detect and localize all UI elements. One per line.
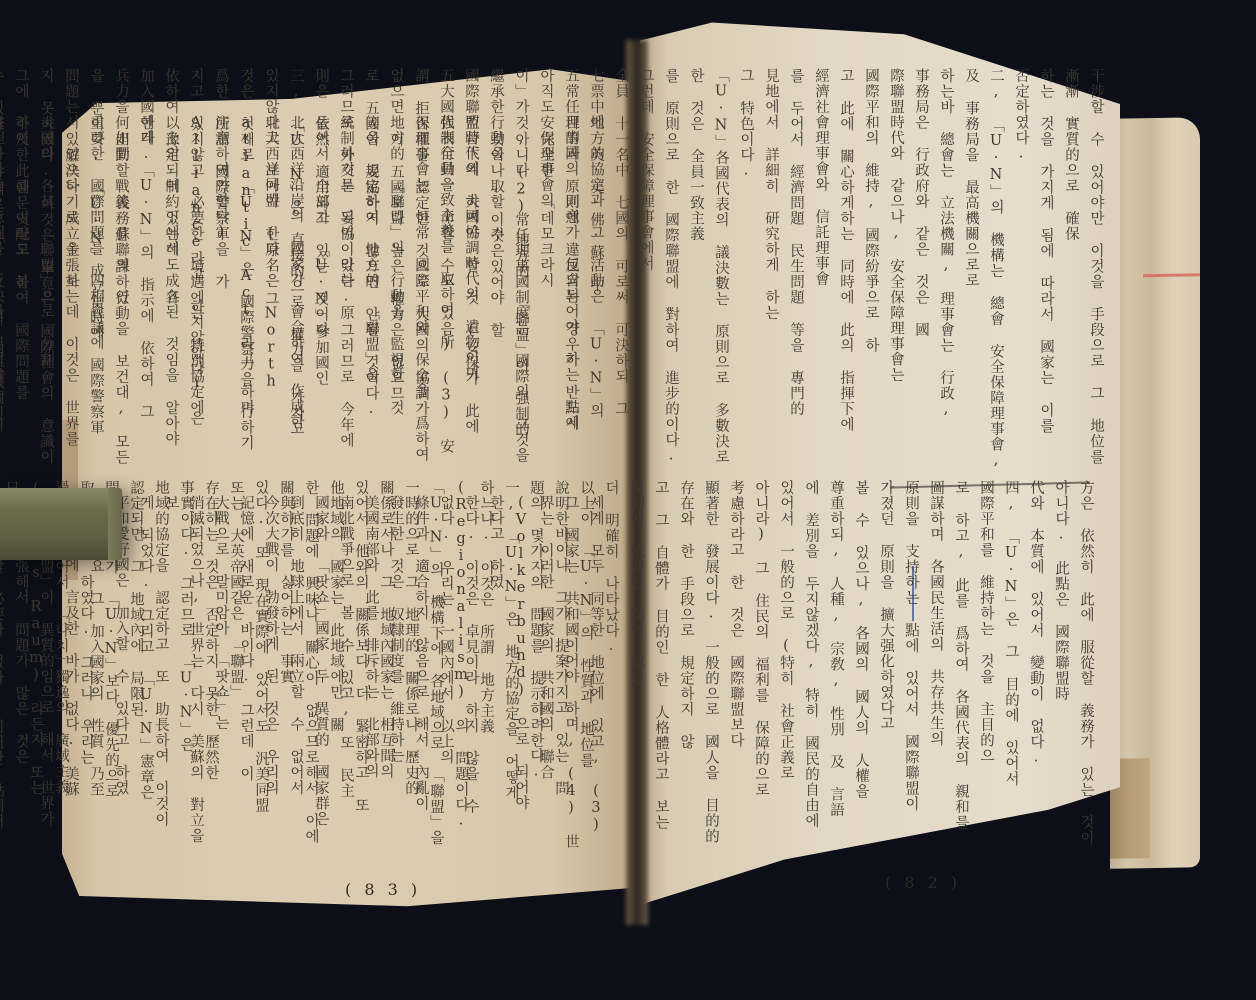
text-column: 그 特色이다.: [733, 68, 758, 473]
text-column: 에 差別을 두지않겠다, 特히 國民的自由에 있어서 一般的으로 (特히 社會正…: [773, 480, 823, 855]
text-column: (Regionalism) 의 問題이다. 「U·N」의 機構下에 各地域으로 …: [423, 480, 473, 855]
text-column: 存在하는 것은 否定하지 못한 歷然한 事實이다. 그러므로 「U·N」은: [173, 480, 223, 855]
text-column: 볼 수 있으나, 各國의 國人의 人權을 尊重하되, 人種, 宗敎, 性別 及 …: [823, 480, 873, 855]
book-photo: 地方的協定과 그 活動은 「U·N」의 目的과 原則에 違反되는 경우가 반드시…: [0, 0, 1256, 1000]
text-column: 있다. 또 現在實際에 있어서도 汎美同盟 또는 大英帝國같은 「聯盟」: [223, 480, 273, 855]
text-column: 顯著한 發展이다. 一般的으로 國人을 目的的 存在와 한 手段으로 規定하지 …: [673, 480, 723, 855]
text-column: 이」가 아니다. 常任理事國制度는 國際의 그것을 繼承한 것이나, 이것은: [483, 68, 533, 473]
page-stack-edge: [1110, 117, 1200, 869]
right-page-text-bottom: 方은 依然히 此에 服從할 義務가 있는 것이 아니다. 此點은 國際聯盟時 代…: [678, 480, 1098, 855]
text-column: 以上이 「U·N」의 性質과 地位를 說明한바이나 그가 提案가지고 있는 問: [548, 480, 598, 855]
text-column: 하는 것을 가지게 됨에 따라서 國家는 이를 否定하였다.: [1008, 68, 1058, 473]
text-column: 로 五國이 妥協하지 않으면 안될 것이다. 그러므로 外交는 妥協이라는 原: [333, 68, 383, 473]
text-column: 지 못하였다. 이것은 畢竟은 國際社會의 意識이 그에 不及한 때문이라고 볼: [8, 68, 58, 473]
red-edge-mark: [1143, 273, 1200, 277]
text-column: 加入國에게 「U·N」의 指示에 依하여 그 兵力을 出動할 義務를 課하였: [108, 68, 158, 473]
text-column: 三, 「U·N」은 直接的으로 權力을 가지고 있지않다고 보아야 한다. 그: [258, 68, 308, 473]
text-column: 한 問題에 興味나 關心이 없으므로해서 이에 關與하기를 싫어하는 事實: [273, 480, 323, 855]
text-column: 로 하고, 此를 爲하여 各國代表의 親和를 圖謀하며 各國民生活의 共存共生의: [923, 480, 973, 855]
text-column: 四, 「U·N」은 그 目的에 있어서 國際平和를 維持하는 것을 主目的으: [973, 480, 1023, 855]
brass-bar-weight: [0, 488, 112, 560]
right-page-text-top: 干涉할 수 있어야만 이것을 手段으로 그 地位를 漸漸 實質的으로 確保 하는…: [678, 68, 1108, 473]
text-column: 을 뿐이다. 「U·N」成立當時에 國際警察軍 問題는 있었으나 成立을 보: [58, 68, 108, 473]
text-column: 干涉할 수 있어야만 이것을 手段으로 그 地位를 漸漸 實質的으로 確保: [1058, 68, 1108, 473]
text-column: 를 原則으로 한 國際聯盟에 對하여 進步的이다. 그런데 安全保障理事會에서: [633, 68, 683, 473]
text-column: 地域的協定을 認定하고 또 助長하여 이것이 認定되면 그 地域內에 局限된: [123, 480, 173, 855]
text-column: 題의 몇가지의 問題를 提示하려한다.: [523, 480, 548, 855]
text-column: 있어서 他와의 關係보다 더 緊密하고 또 他地域의 國家는 此地域에만 關: [323, 480, 373, 855]
text-column: 지고 있지않고 必要한 境遇에는 特別協定에 依하여 豫定되어 있는데도 各: [158, 68, 208, 473]
text-column: 수 있다. 둘째로 「U·N」의 司法機關인 國際司法裁判所는 當事國에 있어: [0, 68, 8, 473]
text-column: 謂 拒否權을 認定한 것으로 大國의 協調가 없으면 이 五國보다 높은 權力은…: [383, 68, 433, 473]
text-column: 를 두어서 經濟問題 民生問題 等을 專門的 見地에서 詳細히 研究하게 하는: [758, 68, 808, 473]
text-column: 五常任理事國의 同意가 包含되어야 하는 點에 아직도 完全한 「데모크라시: [533, 68, 583, 473]
text-column: 더 明確히 나타났다.: [598, 480, 623, 855]
text-column: 國際聯盟時代의 大國協調時代의 遺物이며 五大國代表全員一致主義를 取하여 所: [433, 68, 483, 473]
text-column: 하는바 總會는 立法機關, 理事會는 行政, 事務局은 行政府와 같은 것은 國: [908, 68, 958, 473]
text-column: 則은 依然 適用되고 있는 것이다.: [308, 68, 333, 473]
page-number-left: ( 8 3 ): [345, 880, 421, 899]
text-column: 고 그 自體가 目的인 한 人格體라고 보는 原則에 依據한 點이 認定: [623, 480, 673, 855]
text-column: 代와 本質에 있어서 變動이 없다.: [1023, 480, 1048, 855]
text-column: 아니라) 그 住民의 福利를 保障的으로 考慮하라고 한 것은 國際聯盟보다: [723, 480, 773, 855]
brass-bar-end: [108, 488, 122, 560]
text-column: 方은 依然히 此에 服從할 義務가 있는 것이 아니다. 此點은 國際聯盟時: [1048, 480, 1098, 855]
page-number-right: ( 8 2 ): [885, 873, 961, 892]
text-column: 것은 첫째로 「U·N」은 國際警察力을 行하기 爲한 所謂 國際警察軍을 가: [208, 68, 258, 473]
text-column: 原則을 支持하는 點에 있어서 國際聯盟이 가졌던 原則을 擴大强化하였다고: [873, 480, 923, 855]
text-column: 一時的으로 그 地理的 關係로나 歷史的 關係로서나 그 地域內國家는 相互間의: [373, 480, 423, 855]
text-column: 고 此에 關心하게하는 同時에 此의 指揮下에 經濟社會理事會와 信託理事會: [808, 68, 858, 473]
text-column: 全員 十一名中 七國의 可로써 可決하되 그 七票中에 英·美·佛·蘇·中: [583, 68, 633, 473]
text-column: 二, 「U·N」의 機構는 總會 安全保障理事會, 及 事務局을 最高機關으로로: [958, 68, 1008, 473]
text-column: 際聯盟時代와 같으나, 安全保障理事會는 國際平和의 維持, 國際紛爭으로 하: [858, 68, 908, 473]
text-column: 「U·N」各國代表의 議決數는 原則으로 多數決로 한 것은 全員一致主義: [683, 68, 733, 473]
text-column: 一, 「U·N」은 地方的協定을 어떻게 하느냐. 이것은 所謂 地方主義: [473, 480, 523, 855]
